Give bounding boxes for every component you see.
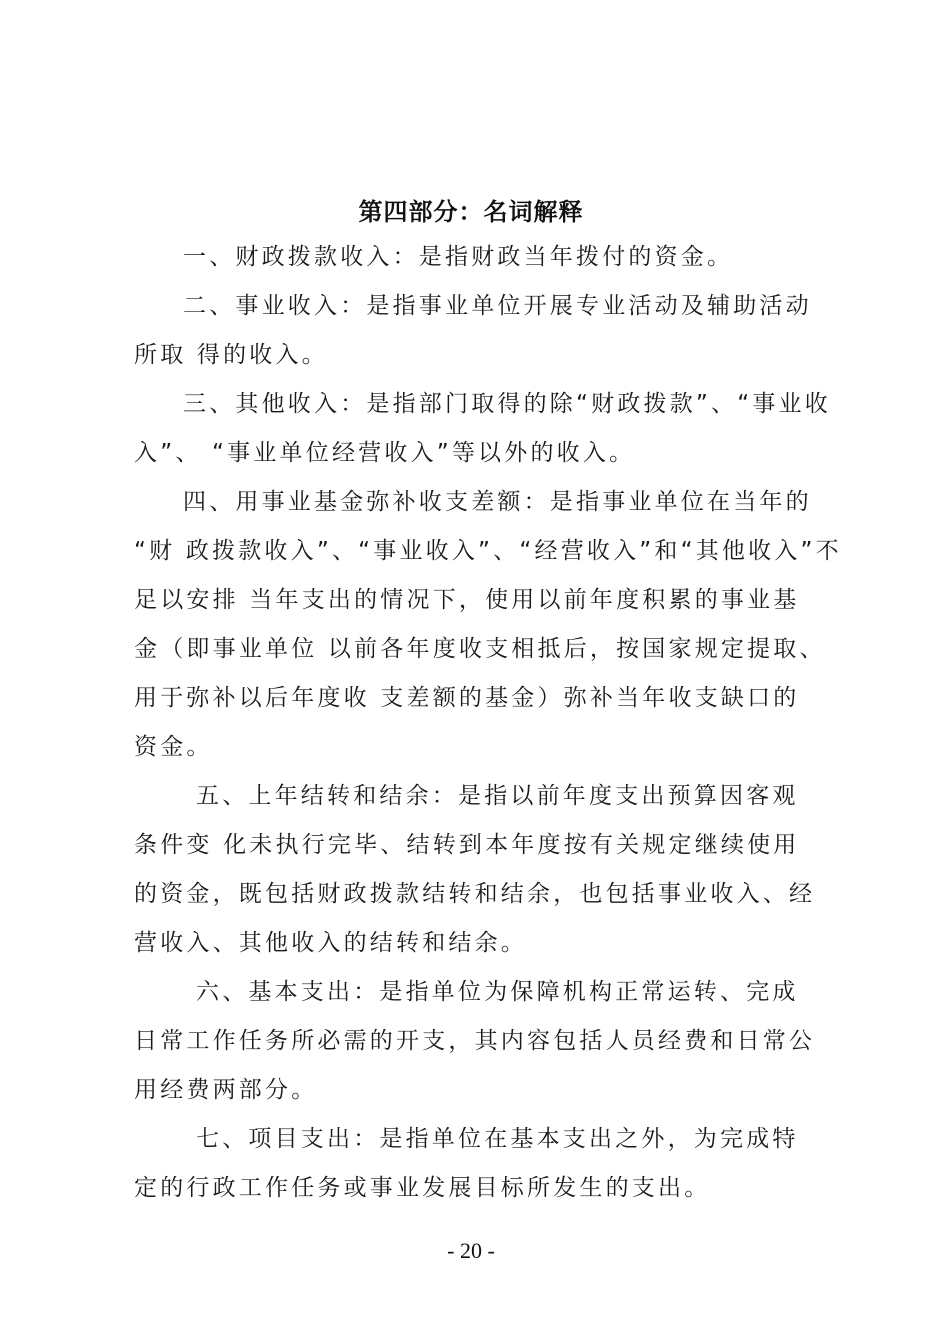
section-4-line-6: 资金。: [134, 731, 794, 763]
section-3-line-1: 三、其他收入：是指部门取得的除“财政拨款”、“事业收: [183, 388, 843, 420]
section-5-line-2: 条件变 化未执行完毕、结转到本年度按有关规定继续使用: [134, 829, 794, 861]
section-5-line-1: 五、上年结转和结余：是指以前年度支出预算因客观: [196, 780, 856, 812]
section-5-line-4: 营收入、其他收入的结转和结余。: [134, 927, 794, 959]
section-2-line-2: 所取 得的收入。: [134, 339, 794, 371]
section-6-line-2: 日常工作任务所必需的开支，其内容包括人员经费和日常公: [134, 1025, 794, 1057]
document-page: 第四部分：名词解释 一、财政拨款收入：是指财政当年拨付的资金。 二、事业收入：是…: [0, 0, 942, 1333]
section-7-line-2: 定的行政工作任务或事业发展目标所发生的支出。: [134, 1172, 794, 1204]
section-1-line-1: 一、财政拨款收入：是指财政当年拨付的资金。: [183, 241, 843, 273]
section-4-line-4: 金（即事业单位 以前各年度收支相抵后，按国家规定提取、: [134, 633, 794, 665]
section-2-line-1: 二、事业收入：是指事业单位开展专业活动及辅助活动: [183, 290, 843, 322]
page-title: 第四部分：名词解释: [0, 192, 942, 227]
section-3-line-2: 入”、 “事业单位经营收入”等以外的收入。: [134, 437, 794, 469]
page-number: - 20 -: [0, 1238, 942, 1264]
section-5-line-3: 的资金，既包括财政拨款结转和结余，也包括事业收入、经: [134, 878, 794, 910]
section-4-line-2: “财 政拨款收入”、“事业收入”、“经营收入”和“其他收入”不: [134, 535, 794, 567]
section-4-line-1: 四、用事业基金弥补收支差额：是指事业单位在当年的: [183, 486, 843, 518]
section-6-line-1: 六、基本支出：是指单位为保障机构正常运转、完成: [196, 976, 856, 1008]
section-7-line-1: 七、项目支出：是指单位在基本支出之外，为完成特: [196, 1123, 856, 1155]
section-6-line-3: 用经费两部分。: [134, 1074, 794, 1106]
section-4-line-5: 用于弥补以后年度收 支差额的基金）弥补当年收支缺口的: [134, 682, 794, 714]
section-4-line-3: 足以安排 当年支出的情况下，使用以前年度积累的事业基: [134, 584, 794, 616]
